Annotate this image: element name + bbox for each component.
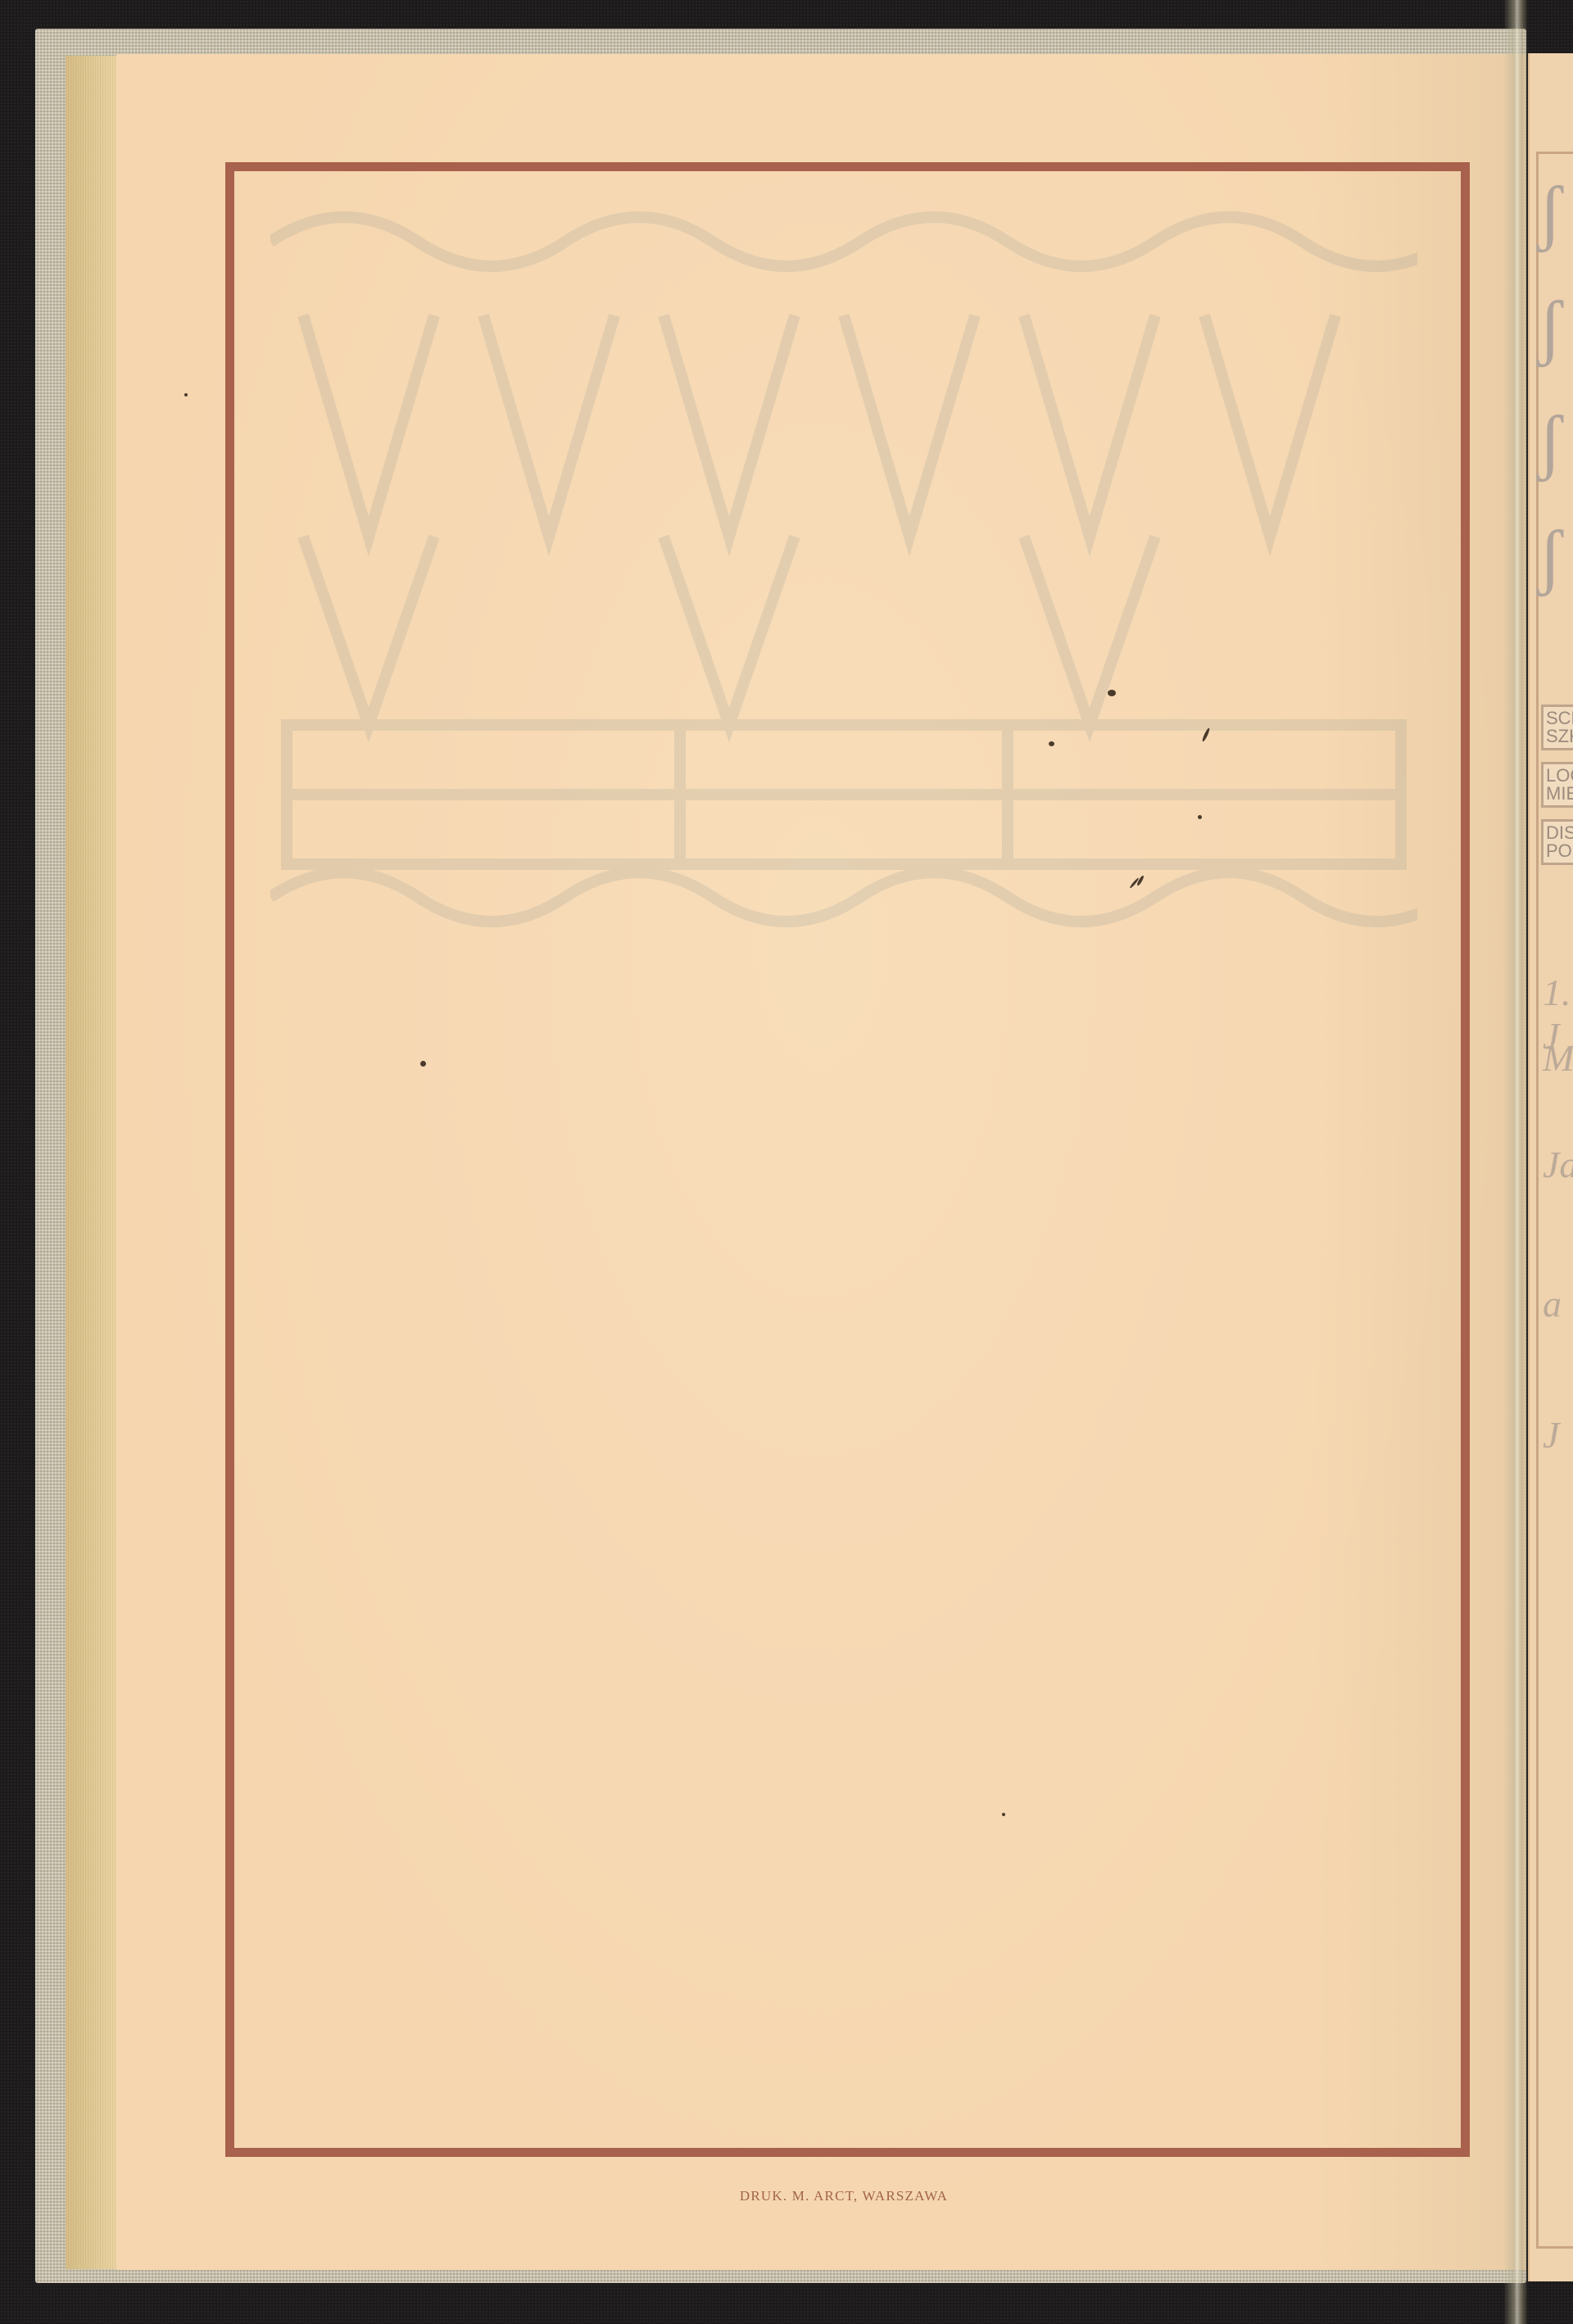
handwriting-fragment: a [1543, 1282, 1562, 1325]
facing-page-edge: ʃ ʃ ʃ ʃ SCH SZK LOC MIE DIS PO 1. J Ma J… [1528, 53, 1573, 2281]
foxing-spot [184, 393, 188, 396]
facing-label-line: LOC [1546, 767, 1573, 785]
handwriting-fragment: Ja [1543, 1143, 1573, 1186]
handwriting-fragment: Ma [1543, 1036, 1573, 1080]
facing-label-line: SCH [1546, 709, 1573, 727]
ornament-glyph-icon: ʃ [1538, 291, 1562, 365]
facing-label-line: DIS [1546, 824, 1573, 842]
ornament-glyph-icon: ʃ [1538, 176, 1562, 250]
facing-label-line: MIE [1546, 785, 1573, 803]
facing-label-line: SZK [1546, 727, 1573, 745]
facing-label: DIS PO [1541, 819, 1573, 865]
foxing-spot [1002, 1813, 1005, 1816]
facing-label-line: PO [1546, 842, 1573, 860]
ornament-glyph-icon: ʃ [1538, 520, 1562, 594]
handwriting-fragment: J [1543, 1413, 1559, 1456]
facing-label: LOC MIE [1541, 762, 1573, 808]
ornament-glyph-icon: ʃ [1538, 405, 1562, 479]
foxing-spot [1198, 815, 1202, 819]
facing-label: SCH SZK [1541, 704, 1573, 750]
printed-border-frame [225, 162, 1470, 2157]
foxing-spot [1049, 741, 1054, 746]
foxing-spot [420, 1061, 426, 1067]
page-gutter-fold [1503, 0, 1528, 2324]
foxing-spot [1108, 690, 1116, 696]
page-block-edges [66, 56, 116, 2269]
printer-imprint: DRUK. M. ARCT, WARSZAWA [0, 2188, 1573, 2204]
